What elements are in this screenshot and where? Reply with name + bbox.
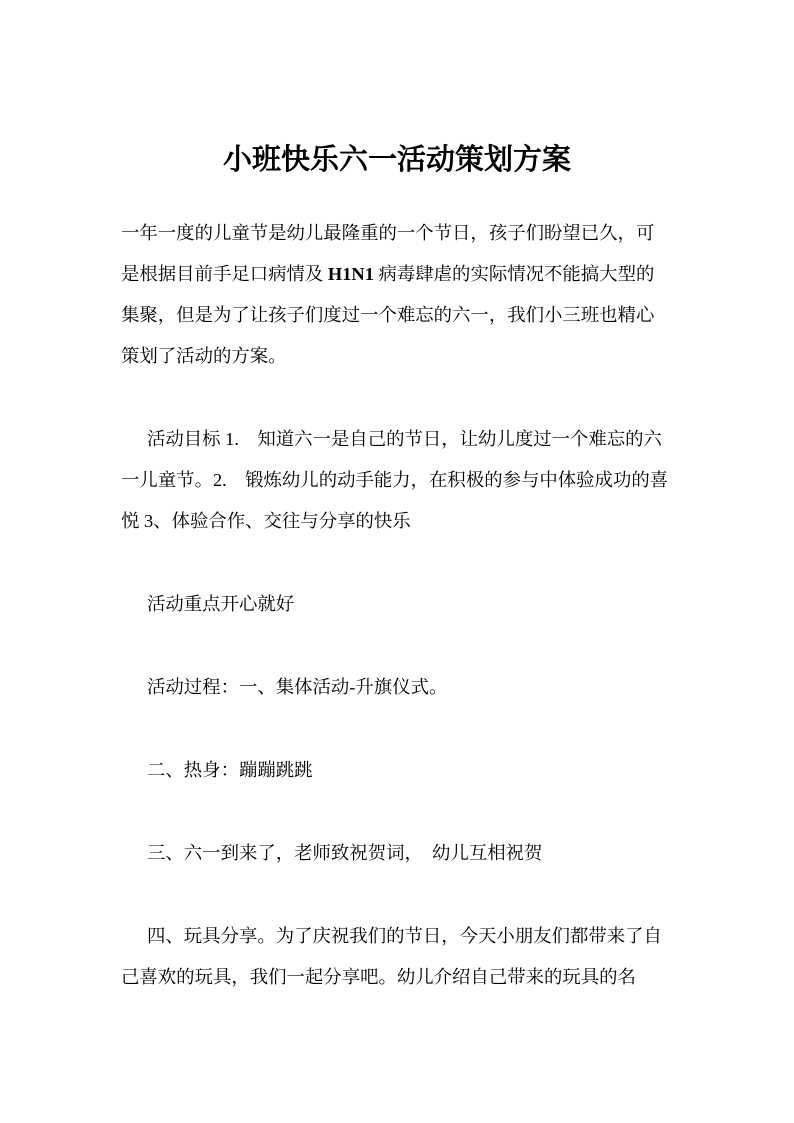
paragraph: 一年一度的儿童节是幼儿最隆重的一个节日，孩子们盼望已久，可是根据目前手足口病情及… (121, 213, 673, 377)
text-segment: 病毒肆虐的实际情况不能搞大型的 (374, 264, 654, 284)
text-line: 活动目标 1. 知道六一是自己的节日，让幼儿度过一个难忘的六 (121, 419, 673, 460)
text-segment: 悦 3、体验合作、交往与分享的快乐 (121, 511, 411, 531)
text-segment: 三、六一到来了，老师致祝贺词， 幼儿互相祝贺 (147, 843, 542, 863)
bold-text-segment: H1N1 (328, 264, 374, 284)
text-line: 二、热身：蹦蹦跳跳 (121, 750, 673, 791)
text-segment: 一儿童节。2. 锻炼幼儿的动手能力，在积极的参与中体验成功的喜 (121, 470, 668, 490)
text-line: 活动过程：一、集体活动-升旗仪式。 (121, 667, 673, 708)
text-line: 悦 3、体验合作、交往与分享的快乐 (121, 501, 673, 542)
text-line: 四、玩具分享。为了庆祝我们的节日，今天小朋友们都带来了自 (121, 916, 673, 957)
text-line: 活动重点开心就好 (121, 584, 673, 625)
text-line: 是根据目前手足口病情及 H1N1 病毒肆虐的实际情况不能搞大型的 (121, 254, 673, 295)
paragraph: 活动目标 1. 知道六一是自己的节日，让幼儿度过一个难忘的六一儿童节。2. 锻炼… (121, 419, 673, 542)
text-line: 三、六一到来了，老师致祝贺词， 幼儿互相祝贺 (121, 833, 673, 874)
paragraph: 三、六一到来了，老师致祝贺词， 幼儿互相祝贺 (121, 833, 673, 874)
paragraph: 活动过程：一、集体活动-升旗仪式。 (121, 667, 673, 708)
text-line: 一年一度的儿童节是幼儿最隆重的一个节日，孩子们盼望已久，可 (121, 213, 673, 254)
document-page: 小班快乐六一活动策划方案 一年一度的儿童节是幼儿最隆重的一个节日，孩子们盼望已久… (0, 0, 794, 1123)
text-segment: 四、玩具分享。为了庆祝我们的节日，今天小朋友们都带来了自 (147, 926, 662, 946)
text-line: 一儿童节。2. 锻炼幼儿的动手能力，在积极的参与中体验成功的喜 (121, 460, 673, 501)
text-segment: 一年一度的儿童节是幼儿最隆重的一个节日，孩子们盼望已久，可 (121, 223, 654, 243)
text-segment: 是根据目前手足口病情及 (121, 264, 328, 284)
text-line: 策划了活动的方案。 (121, 336, 673, 377)
text-segment: 二、热身：蹦蹦跳跳 (147, 760, 313, 780)
text-line: 己喜欢的玩具，我们一起分享吧。幼儿介绍自己带来的玩具的名 (121, 957, 673, 998)
document-body: 一年一度的儿童节是幼儿最隆重的一个节日，孩子们盼望已久，可是根据目前手足口病情及… (121, 213, 673, 998)
text-segment: 己喜欢的玩具，我们一起分享吧。幼儿介绍自己带来的玩具的名 (121, 967, 636, 987)
paragraph: 二、热身：蹦蹦跳跳 (121, 750, 673, 791)
text-segment: 活动过程：一、集体活动-升旗仪式。 (147, 677, 447, 697)
text-segment: 策划了活动的方案。 (121, 346, 287, 366)
paragraph: 活动重点开心就好 (121, 584, 673, 625)
text-segment: 活动目标 1. 知道六一是自己的节日，让幼儿度过一个难忘的六 (147, 429, 662, 449)
text-line: 集聚，但是为了让孩子们度过一个难忘的六一，我们小三班也精心 (121, 295, 673, 336)
text-segment: 集聚，但是为了让孩子们度过一个难忘的六一，我们小三班也精心 (121, 305, 654, 325)
paragraph: 四、玩具分享。为了庆祝我们的节日，今天小朋友们都带来了自己喜欢的玩具，我们一起分… (121, 916, 673, 998)
text-segment: 活动重点开心就好 (147, 594, 294, 614)
document-title: 小班快乐六一活动策划方案 (121, 141, 673, 179)
